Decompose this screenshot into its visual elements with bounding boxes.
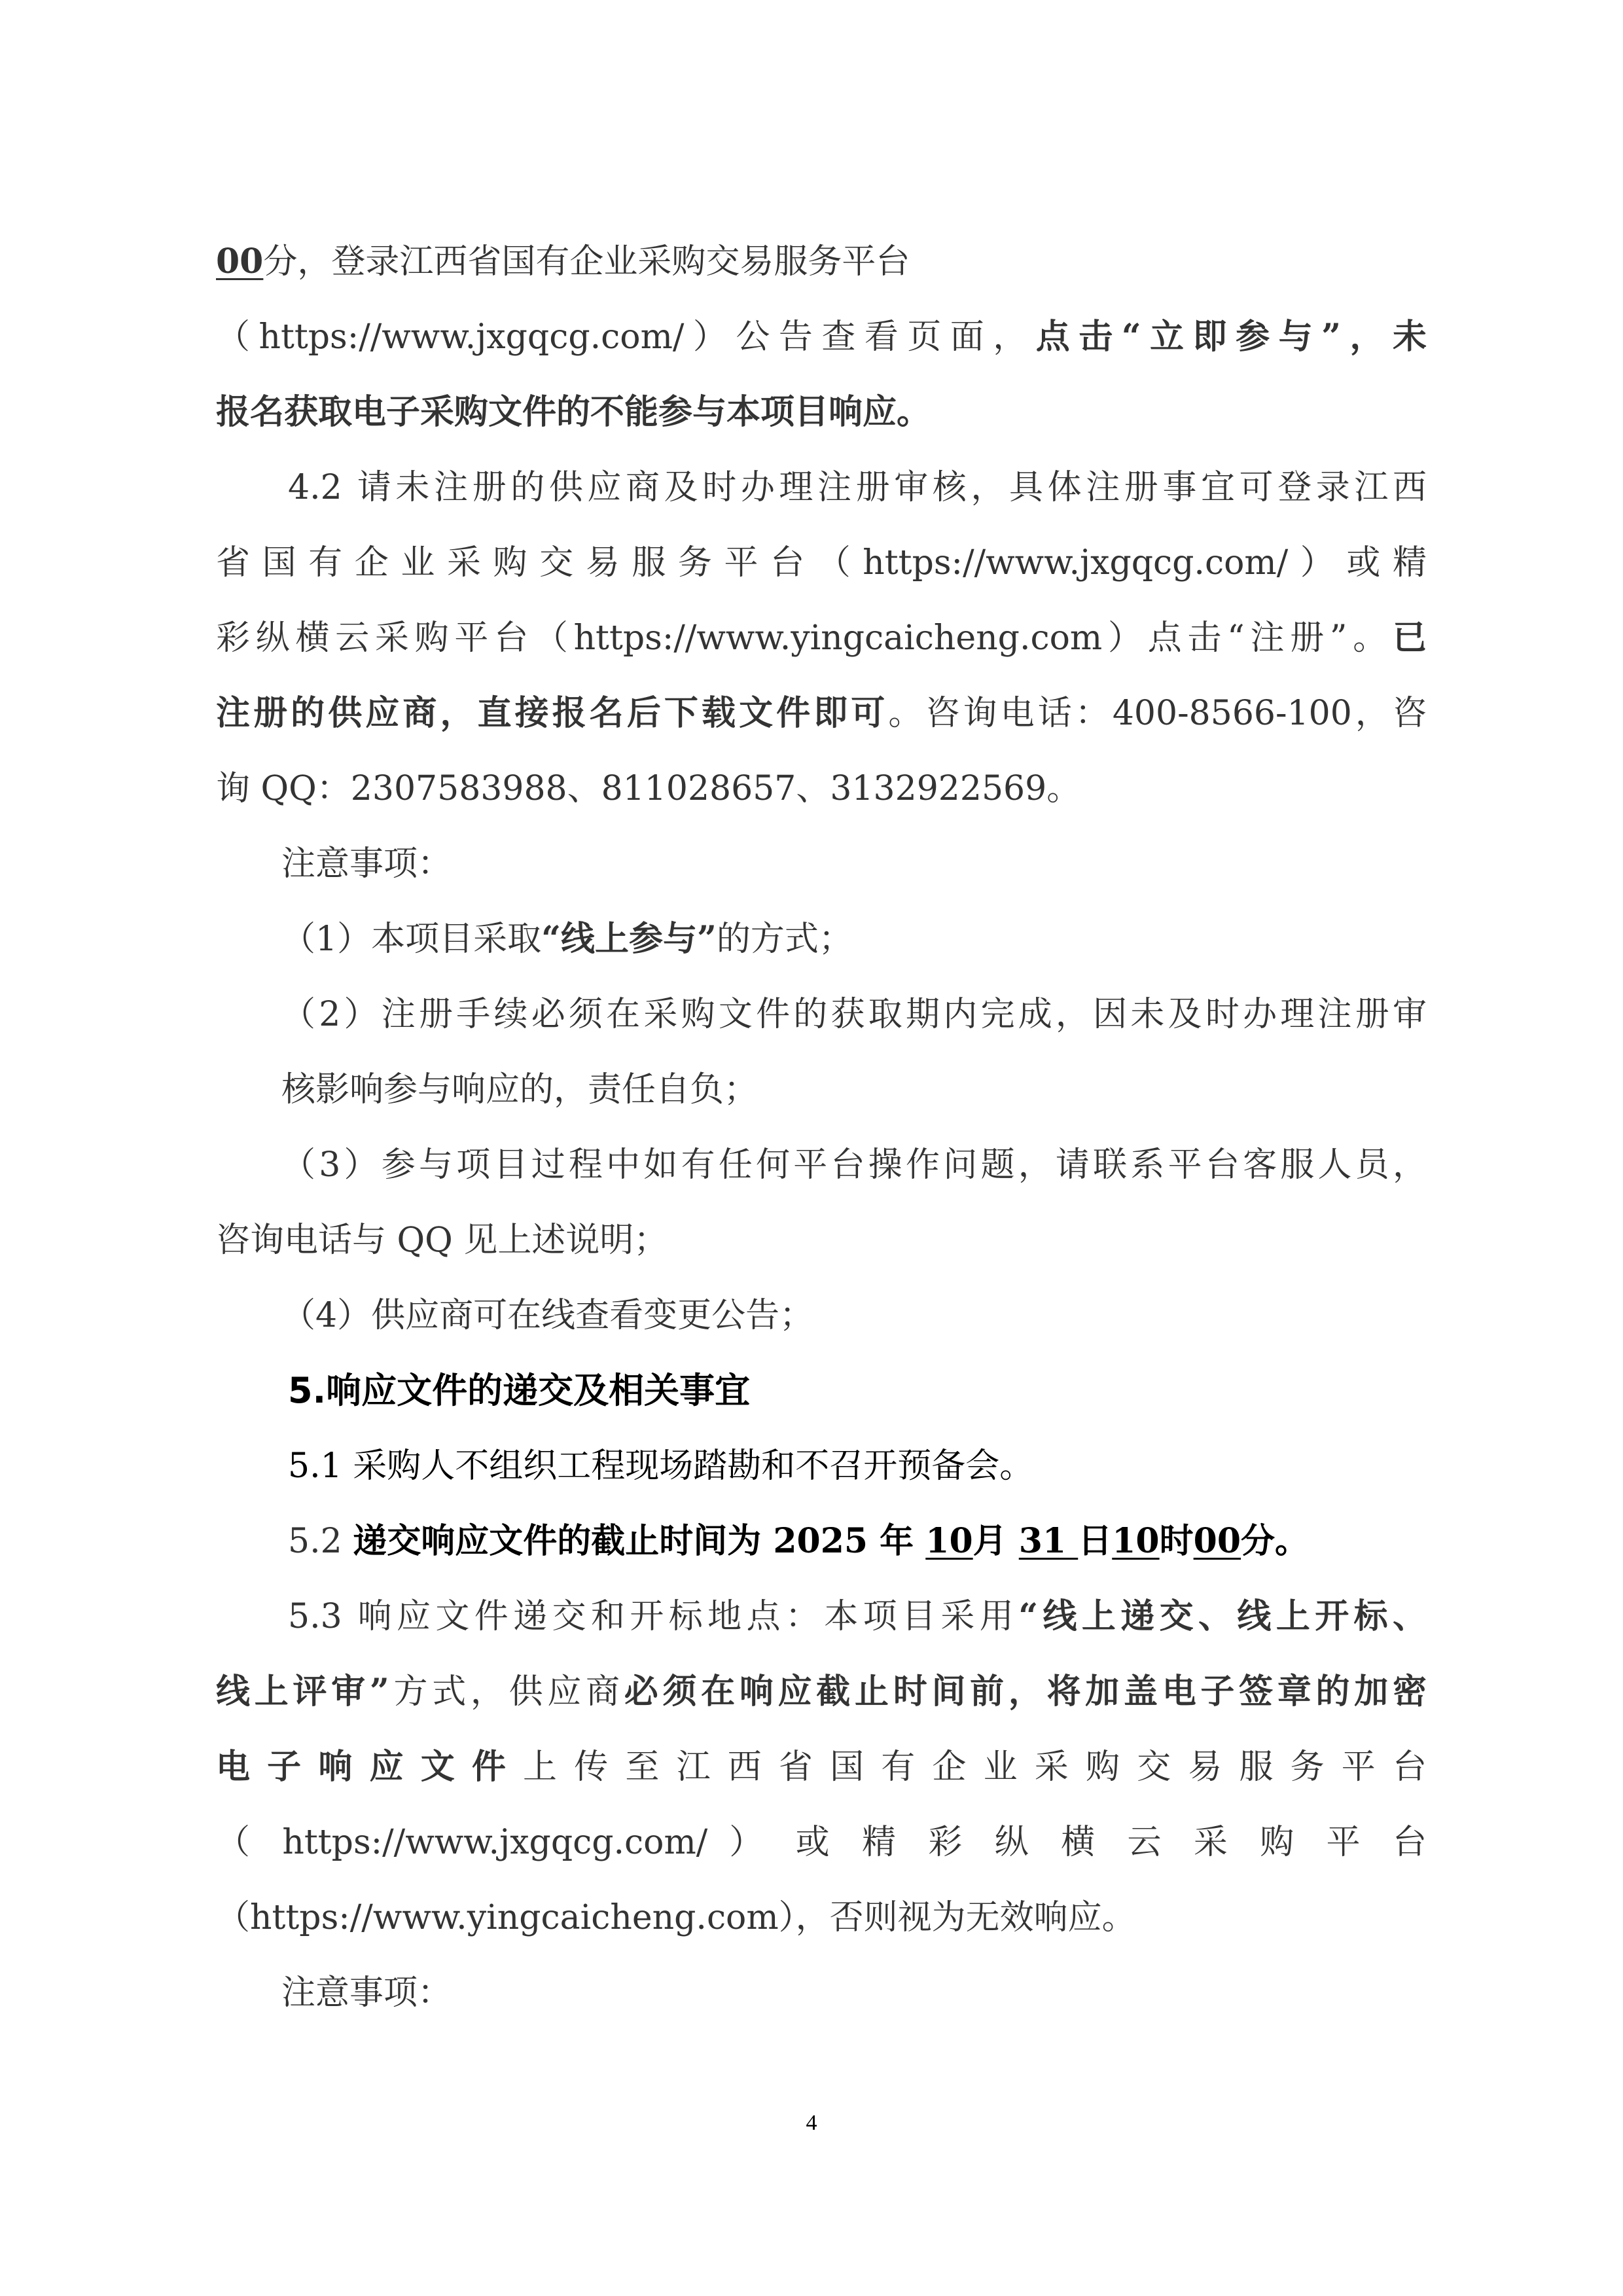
- page-number: 4: [0, 2111, 1623, 2136]
- emphasis-text: 已: [1393, 618, 1427, 658]
- section-heading: 5.响应文件的递交及相关事宜: [288, 1365, 1427, 1417]
- text-line: 注册的供应商，直接报名后下载文件即可。咨询电话：400-8566-100，咨: [216, 687, 1427, 740]
- text-line: 电子响应文件上传至江西省国有企业采购交易服务平台: [216, 1741, 1427, 1793]
- emphasis-text: 日: [1078, 1521, 1112, 1561]
- emphasis-text: 注册的供应商，直接报名后下载文件即可: [216, 693, 888, 733]
- text-segment: （https://www.yingcaicheng.com），否则视为无效响应。: [216, 1898, 1136, 1937]
- text-segment: 上传至江西省国有企业采购交易服务平台: [523, 1748, 1427, 1787]
- text-line: 注意事项：: [281, 1967, 1427, 2019]
- text-segment: （ https://www.jxgqcg.com/ ） 或 精 彩 纵 横 云 …: [216, 1823, 1427, 1862]
- emphasis-text: 递交响应文件的截止时间为 2025 年: [353, 1521, 925, 1561]
- text-segment: 4.2 请未注册的供应商及时办理注册审核，具体注册事宜可登录江西: [288, 468, 1427, 507]
- text-line: 咨询电话与 QQ 见上述说明；: [216, 1214, 1427, 1266]
- text-segment: （https://www.jxgqcg.com/）公告查看页面，: [216, 317, 1036, 357]
- text-segment: 注意事项：: [281, 1973, 452, 2013]
- text-segment: 5.3 响应文件递交和开标地点：本项目采用: [288, 1597, 1018, 1636]
- text-segment: 分，登录江西省国有企业采购交易服务平台: [263, 242, 910, 281]
- text-segment: （2）注册手续必须在采购文件的获取期内完成，因未及时办理注册审: [281, 995, 1427, 1034]
- emphasis-text: 必须在响应截止时间前，将加盖电子签章的加密: [624, 1672, 1427, 1712]
- text-line: 报名获取电子采购文件的不能参与本项目响应。: [216, 386, 1427, 439]
- text-line: 5.2 递交响应文件的截止时间为 2025 年 10月 31 日10时00分。: [288, 1515, 1427, 1568]
- text-line: （1）本项目采取“线上参与”的方式；: [281, 913, 1427, 965]
- text-line: 注意事项：: [281, 838, 1427, 890]
- underlined-value: 00: [216, 242, 263, 281]
- text-segment: （1）本项目采取: [281, 920, 541, 959]
- text-line: 彩纵横云采购平台（https://www.yingcaicheng.com）点击…: [216, 612, 1427, 664]
- text-line: 询 QQ：2307583988、811028657、3132922569。: [216, 762, 1427, 815]
- text-segment: 注意事项：: [281, 844, 452, 884]
- text-line: 4.2 请未注册的供应商及时办理注册审核，具体注册事宜可登录江西: [288, 461, 1427, 514]
- text-segment: 彩纵横云采购平台（https://www.yingcaicheng.com）点击…: [216, 619, 1393, 658]
- text-line: （ https://www.jxgqcg.com/ ） 或 精 彩 纵 横 云 …: [216, 1816, 1427, 1869]
- text-segment: 方式，供应商: [389, 1672, 624, 1712]
- underlined-value: 10: [925, 1521, 972, 1561]
- text-line: （3）参与项目过程中如有任何平台操作问题，请联系平台客服人员，: [281, 1139, 1427, 1191]
- text-line: （https://www.jxgqcg.com/）公告查看页面，点击“立即参与”…: [216, 311, 1427, 363]
- emphasis-text: 线上评审”: [216, 1672, 389, 1712]
- text-segment: 。咨询电话：400-8566-100，咨: [888, 694, 1427, 733]
- text-line: 5.1 采购人不组织工程现场踏勘和不召开预备会。: [288, 1440, 1427, 1492]
- text-segment: 询 QQ：2307583988、811028657、3132922569。: [216, 769, 1080, 808]
- underlined-value: 00: [1194, 1521, 1241, 1561]
- emphasis-text: 电子响应文件: [216, 1747, 523, 1787]
- emphasis-text: “线上参与”: [541, 919, 717, 959]
- text-line: 核影响参与响应的，责任自负；: [281, 1064, 1427, 1116]
- emphasis-text: 月: [973, 1521, 1019, 1561]
- text-segment: 5.1 采购人不组织工程现场踏勘和不召开预备会。: [288, 1446, 1033, 1486]
- text-segment: 的方式；: [717, 920, 853, 959]
- text-segment: 核影响参与响应的，责任自负；: [281, 1070, 758, 1109]
- underlined-value: 31: [1019, 1521, 1078, 1561]
- text-line: （4）供应商可在线查看变更公告；: [281, 1289, 1427, 1342]
- text-segment: （3）参与项目过程中如有任何平台操作问题，请联系平台客服人员，: [281, 1145, 1427, 1185]
- text-segment: 5.响应文件的递交及相关事宜: [288, 1370, 750, 1411]
- text-segment: （4）供应商可在线查看变更公告；: [281, 1296, 813, 1335]
- emphasis-text: 报名获取电子采购文件的不能参与本项目响应。: [216, 392, 931, 432]
- text-segment: 5.2: [288, 1522, 353, 1561]
- text-segment: 咨询电话与 QQ 见上述说明；: [216, 1221, 668, 1260]
- emphasis-text: “线上递交、线上开标、: [1018, 1596, 1427, 1636]
- underlined-value: 10: [1112, 1521, 1159, 1561]
- emphasis-text: 时: [1160, 1521, 1194, 1561]
- text-line: 00分，登录江西省国有企业采购交易服务平台: [216, 236, 1427, 288]
- text-line: 省国有企业采购交易服务平台（https://www.jxgqcg.com/）或精: [216, 537, 1427, 589]
- text-segment: 省国有企业采购交易服务平台（https://www.jxgqcg.com/）或精: [216, 543, 1427, 583]
- document-page: 00分，登录江西省国有企业采购交易服务平台（https://www.jxgqcg…: [0, 0, 1623, 2296]
- text-line: （https://www.yingcaicheng.com），否则视为无效响应。: [216, 1892, 1427, 1944]
- emphasis-text: 分。: [1241, 1521, 1309, 1561]
- text-line: （2）注册手续必须在采购文件的获取期内完成，因未及时办理注册审: [281, 988, 1427, 1041]
- text-line: 5.3 响应文件递交和开标地点：本项目采用“线上递交、线上开标、: [288, 1590, 1427, 1643]
- emphasis-text: 点击“立即参与”，未: [1036, 317, 1427, 357]
- text-line: 线上评审”方式，供应商必须在响应截止时间前，将加盖电子签章的加密: [216, 1666, 1427, 1718]
